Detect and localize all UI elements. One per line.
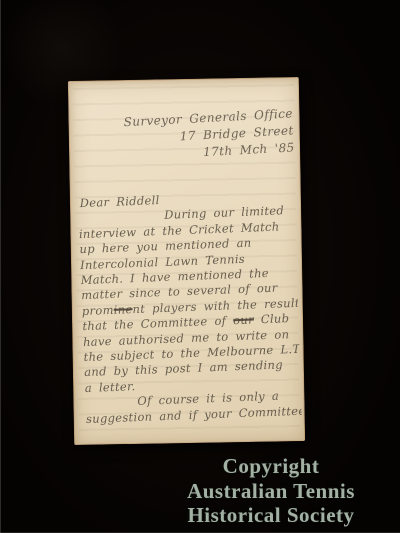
handwriting-text: Club [254, 311, 290, 326]
handwriting-text: a letter. [85, 379, 136, 395]
letter-header: Surveyor Generals Office17 Bridge Street… [79, 105, 295, 167]
struck-text: ine [113, 302, 132, 317]
struck-text: our [233, 313, 254, 328]
watermark-line: Copyright [148, 454, 394, 479]
handwriting-text: prom [82, 303, 114, 318]
watermark-line: Historical Society [148, 503, 394, 528]
letter-paper: Surveyor Generals Office17 Bridge Street… [68, 77, 305, 445]
watermark-line: Australian Tennis [148, 479, 394, 504]
photo-background: Surveyor Generals Office17 Bridge Street… [0, 0, 400, 533]
letter-text-area: Dear Riddell During our limitedinterview… [77, 188, 302, 427]
copyright-watermark: CopyrightAustralian TennisHistorical Soc… [148, 454, 394, 528]
letter-body: During our limitedinterview at the Crick… [78, 203, 302, 427]
